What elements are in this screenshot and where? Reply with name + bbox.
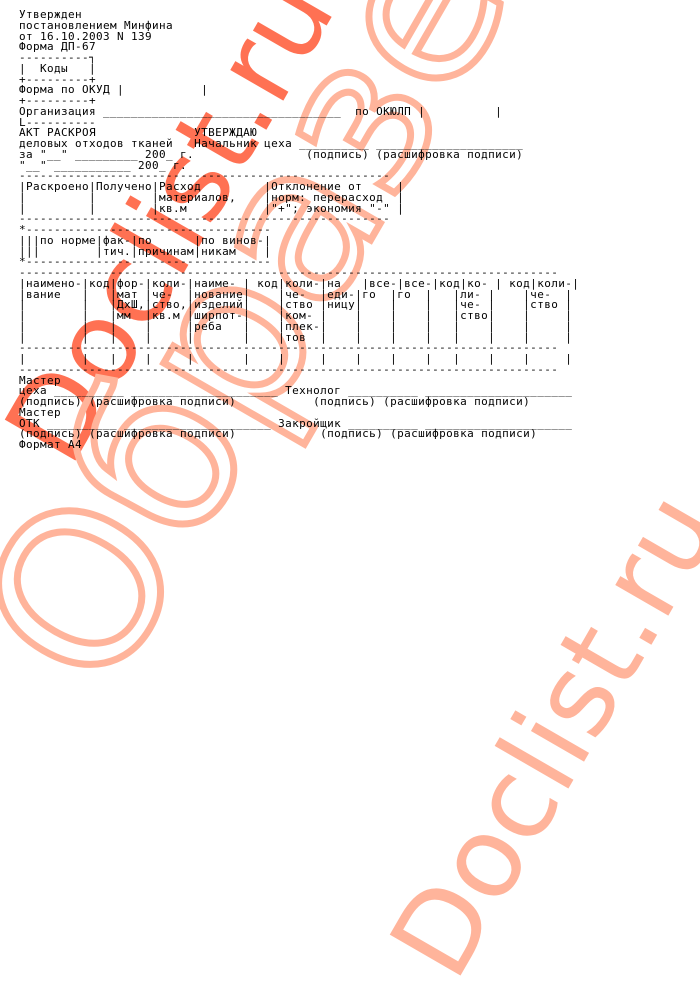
document-line: Организация ____________________________… <box>19 107 579 118</box>
document-line: ----------┐ <box>19 53 579 64</box>
document-line: Формат А4 <box>19 440 579 451</box>
document-line: Форма по ОКУД | | <box>19 85 579 96</box>
document-line: | Коды | <box>19 64 579 75</box>
document-line: Форма ДП-67 <box>19 42 579 53</box>
document-line: (подпись) (расшифровка подписи) (подпись… <box>19 429 579 440</box>
document-line: от 16.10.2003 N 139 <box>19 32 579 43</box>
document-line: (подпись) (расшифровка подписи) (подпись… <box>19 397 579 408</box>
watermark-doclist-bottom-text: Doclist.ru <box>366 471 700 998</box>
document-body: Утвержденпостановлением Минфинаот 16.10.… <box>19 10 579 451</box>
document-line: ----------------------------------------… <box>19 365 579 376</box>
